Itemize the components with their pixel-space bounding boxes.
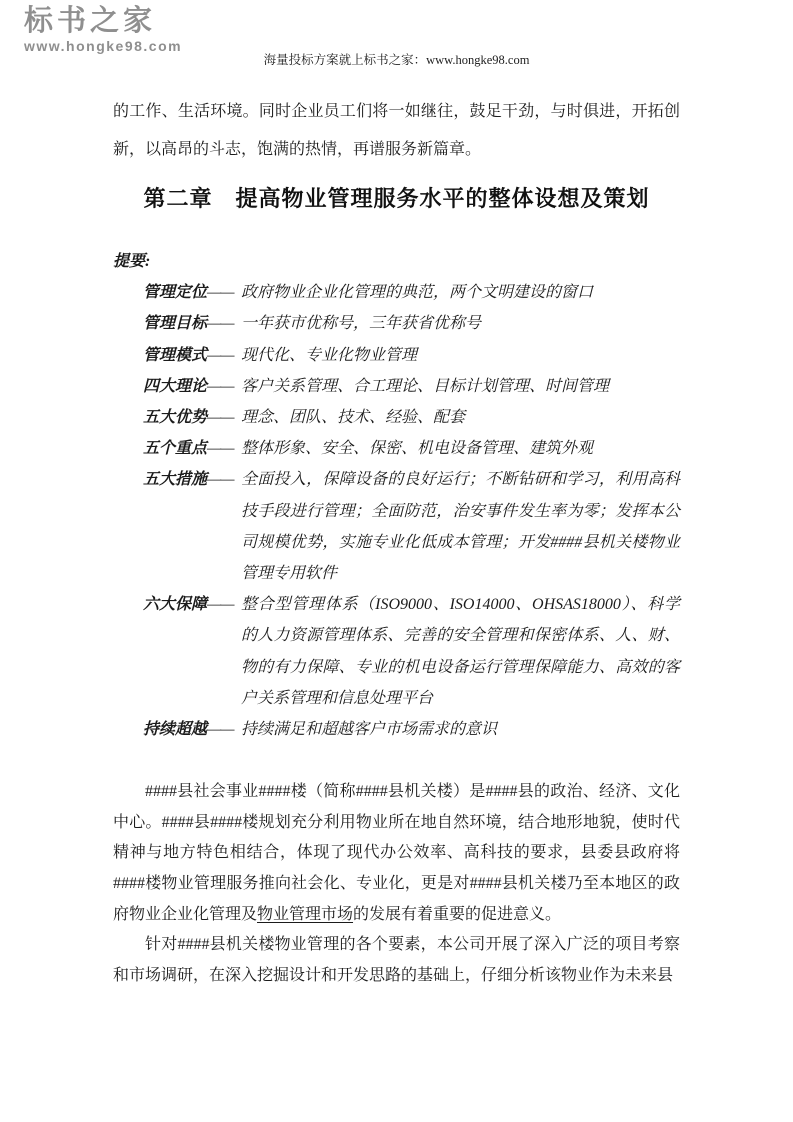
summary-item-head: 五个重点—— — [143, 433, 241, 464]
summary-item-dash: —— — [207, 409, 233, 426]
header-slogan: 海量投标方案就上标书之家：www.hongke98.com — [0, 52, 793, 68]
summary-item-head: 五大措施—— — [143, 464, 241, 589]
summary-item: 五大优势—— 理念、团队、技术、经验、配套 — [113, 402, 680, 433]
summary-item-label: 五大措施 — [143, 471, 207, 488]
chapter-title: 第二章 提高物业管理服务水平的整体设想及策划 — [113, 182, 680, 216]
summary-item-label: 五大优势 — [143, 409, 207, 426]
summary-item-label: 持续超越 — [143, 721, 207, 738]
summary-item-label: 管理定位 — [143, 284, 207, 301]
summary-item-head: 六大保障—— — [143, 589, 241, 714]
summary-item-content: 理念、团队、技术、经验、配套 — [241, 402, 680, 433]
summary-item-dash: —— — [207, 378, 233, 395]
summary-item-content: 持续满足和超越客户市场需求的意识 — [241, 714, 680, 745]
summary-item-dash: —— — [207, 315, 233, 332]
summary-item-content: 全面投入，保障设备的良好运行；不断钻研和学习，利用高科技手段进行管理；全面防范，… — [241, 464, 680, 589]
summary-item: 五个重点—— 整体形象、安全、保密、机电设备管理、建筑外观 — [113, 433, 680, 464]
summary-item-head: 持续超越—— — [143, 714, 241, 745]
paragraph-text: ####县社会事业####楼（简称####县机关楼）是####县的政治、经济、文… — [113, 783, 680, 922]
summary-item: 管理模式—— 现代化、专业化物业管理 — [113, 340, 680, 371]
summary-item-content: 政府物业企业化管理的典范，两个文明建设的窗口 — [241, 277, 680, 308]
summary-item-head: 管理定位—— — [143, 277, 241, 308]
summary-item: 持续超越—— 持续满足和超越客户市场需求的意识 — [113, 714, 680, 745]
summary-item: 管理定位—— 政府物业企业化管理的典范，两个文明建设的窗口 — [113, 277, 680, 308]
summary-item-label: 六大保障 — [143, 596, 207, 613]
body-paragraph-1: ####县社会事业####楼（简称####县机关楼）是####县的政治、经济、文… — [113, 777, 680, 930]
logo-wordmark: 标书之家 — [24, 4, 182, 38]
summary-item-content: 整体形象、安全、保密、机电设备管理、建筑外观 — [241, 433, 680, 464]
summary-item-label: 管理目标 — [143, 315, 207, 332]
summary-item: 管理目标—— 一年获市优称号，三年获省优称号 — [113, 308, 680, 339]
summary-item-dash: —— — [207, 596, 233, 613]
paragraph-text: 的发展有着重要的促进意义。 — [353, 906, 561, 923]
summary-item-head: 管理目标—— — [143, 308, 241, 339]
summary-item-head: 四大理论—— — [143, 371, 241, 402]
intro-paragraph: 的工作、生活环境。同时企业员工们将一如继往，鼓足干劲，与时俱进，开拓创新，以高昂… — [113, 93, 680, 169]
summary-item-dash: —— — [207, 347, 233, 364]
body-paragraph-2: 针对####县机关楼物业管理的各个要素，本公司开展了深入广泛的项目考察和市场调研… — [113, 930, 680, 991]
underlined-term: 物业管理市场 — [257, 906, 353, 923]
summary-item-content: 整合型管理体系（ISO9000、ISO14000、OHSAS18000）、科学的… — [241, 589, 680, 714]
summary-item-label: 五个重点 — [143, 440, 207, 457]
summary-item-label: 四大理论 — [143, 378, 207, 395]
summary-item-dash: —— — [207, 471, 233, 488]
summary-item: 六大保障—— 整合型管理体系（ISO9000、ISO14000、OHSAS180… — [113, 589, 680, 714]
summary-list: 管理定位—— 政府物业企业化管理的典范，两个文明建设的窗口 管理目标—— 一年获… — [113, 277, 680, 745]
document-page: 标书之家 www.hongke98.com 海量投标方案就上标书之家：www.h… — [0, 0, 793, 1122]
summary-item-head: 管理模式—— — [143, 340, 241, 371]
summary-item-content: 现代化、专业化物业管理 — [241, 340, 680, 371]
summary-heading: 提要: — [113, 246, 680, 277]
summary-item-dash: —— — [207, 284, 233, 301]
summary-item-dash: —— — [207, 440, 233, 457]
summary-item: 四大理论—— 客户关系管理、合工理论、目标计划管理、时间管理 — [113, 371, 680, 402]
summary-item-label: 管理模式 — [143, 347, 207, 364]
summary-item: 五大措施—— 全面投入，保障设备的良好运行；不断钻研和学习，利用高科技手段进行管… — [113, 464, 680, 589]
summary-item-content: 一年获市优称号，三年获省优称号 — [241, 308, 680, 339]
summary-item-head: 五大优势—— — [143, 402, 241, 433]
document-content: 的工作、生活环境。同时企业员工们将一如继往，鼓足干劲，与时俱进，开拓创新，以高昂… — [113, 93, 680, 991]
summary-item-dash: —— — [207, 721, 233, 738]
site-logo: 标书之家 www.hongke98.com — [24, 4, 182, 54]
summary-item-content: 客户关系管理、合工理论、目标计划管理、时间管理 — [241, 371, 680, 402]
